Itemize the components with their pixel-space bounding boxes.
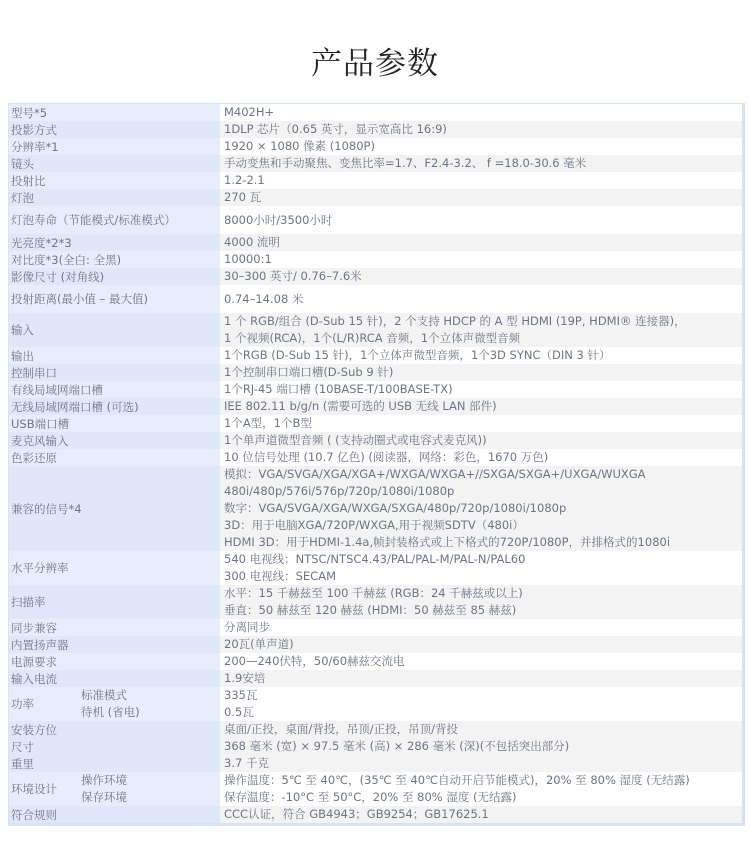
- row-value-cell: 20瓦(单声道): [220, 636, 742, 653]
- table-row: 灯泡270 瓦: [9, 189, 742, 206]
- row-value-cell: 操作温度：5℃ 至 40℃，(35℃ 至 40℃自动开启节能模式)，20% 至 …: [220, 772, 742, 806]
- row-label-cell: 有线局域网端口槽: [9, 381, 220, 398]
- table-row: 尺寸368 毫米 (宽) × 97.5 毫米 (高) × 286 毫米 (深)(…: [9, 738, 742, 755]
- row-value-cell: 4000 流明: [220, 234, 742, 251]
- row-value-cell: 1个RGB (D-Sub 15 针)，1个立体声微型音频，1个3D SYNC（D…: [220, 347, 742, 364]
- table-row: 对比度*3(全白: 全黑)10000:1: [9, 251, 742, 268]
- row-value-cell: IEE 802.11 b/g/n (需要可选的 USB 无线 LAN 部件): [220, 398, 742, 415]
- row-label: 无线局域网端口槽 (可选): [11, 399, 139, 415]
- row-label-cell: 输入电流: [9, 670, 220, 687]
- row-value: CCC认证，符合 GB4943；GB9254；GB17625.1: [224, 806, 742, 823]
- row-value: 1个单声道微型音频 ( (支持动圈式或电容式麦克风)): [224, 432, 742, 449]
- row-label: 型号*5: [11, 105, 47, 121]
- row-label: 有线局域网端口槽: [11, 382, 103, 398]
- row-label-cell: 输出: [9, 347, 220, 364]
- row-label: 扫描率: [11, 594, 46, 610]
- row-value: 0.74–14.08 米: [224, 291, 742, 308]
- row-value-cell: 3.7 千克: [220, 755, 742, 772]
- row-label-cell: 对比度*3(全白: 全黑): [9, 251, 220, 268]
- table-row: 内置扬声器20瓦(单声道): [9, 636, 742, 653]
- row-label: 分辨率*1: [11, 139, 59, 155]
- row-label: 灯泡: [11, 190, 34, 206]
- row-value: 368 毫米 (宽) × 97.5 毫米 (高) × 286 毫米 (深)(不包…: [224, 738, 742, 755]
- row-value: 480i/480p/576i/576p/720p/1080i/1080p: [224, 483, 742, 500]
- row-value: 1个RGB (D-Sub 15 针)，1个立体声微型音频，1个3D SYNC（D…: [224, 347, 742, 364]
- row-value: 200—240伏特，50/60赫兹交流电: [224, 653, 742, 670]
- table-row: 型号*5M402H+: [9, 104, 742, 121]
- row-label-cell: 功率标准模式待机 (省电): [9, 687, 220, 721]
- row-value: 1920 × 1080 像素 (1080P): [224, 138, 742, 155]
- row-label: 功率: [9, 696, 81, 712]
- row-label: 符合规则: [11, 807, 57, 823]
- row-value: 1DLP 芯片（0.65 英寸，显示宽高比 16:9): [224, 121, 742, 138]
- row-value-cell: CCC认证，符合 GB4943；GB9254；GB17625.1: [220, 806, 742, 823]
- table-row: 输入1 个 RGB/组合 (D-Sub 15 针)，2 个支持 HDCP 的 A…: [9, 313, 742, 347]
- row-label: 内置扬声器: [11, 637, 69, 653]
- row-value-cell: 10000:1: [220, 251, 742, 268]
- row-value-cell: 1.2-2.1: [220, 172, 742, 189]
- row-label-cell: 尺寸: [9, 738, 220, 755]
- row-label: 投影方式: [11, 122, 57, 138]
- row-label-cell: 输入: [9, 313, 220, 347]
- row-label-cell: 光亮度*2*3: [9, 234, 220, 251]
- table-row: 重里3.7 千克: [9, 755, 742, 772]
- table-row: 无线局域网端口槽 (可选)IEE 802.11 b/g/n (需要可选的 USB…: [9, 398, 742, 415]
- row-sublabel: 标准模式: [81, 687, 140, 704]
- row-label: 环境设计: [9, 781, 81, 797]
- row-label-cell: 内置扬声器: [9, 636, 220, 653]
- row-label: 影像尺寸 (对角线): [11, 269, 104, 285]
- table-row: 环境设计操作环境保存环境操作温度：5℃ 至 40℃，(35℃ 至 40℃自动开启…: [9, 772, 742, 806]
- row-sublabel: 保存环境: [81, 789, 127, 806]
- table-row: 安装方位桌面/正投，桌面/背投，吊顶/正投，吊顶/背投: [9, 721, 742, 738]
- row-label: 输出: [11, 348, 34, 364]
- row-sublabel: 待机 (省电): [81, 704, 140, 721]
- row-value: 1 个 RGB/组合 (D-Sub 15 针)，2 个支持 HDCP 的 A 型…: [224, 313, 742, 330]
- row-value: 1.2-2.1: [224, 172, 742, 189]
- row-value: 操作温度：5℃ 至 40℃，(35℃ 至 40℃自动开启节能模式)，20% 至 …: [224, 772, 742, 789]
- row-value: 3.7 千克: [224, 755, 742, 772]
- table-row: 功率标准模式待机 (省电)335瓦0.5瓦: [9, 687, 742, 721]
- table-row: 输出1个RGB (D-Sub 15 针)，1个立体声微型音频，1个3D SYNC…: [9, 347, 742, 364]
- table-row: 同步兼容分离同步: [9, 619, 742, 636]
- row-label-cell: 投射距离(最小值 – 最大值): [9, 285, 220, 313]
- row-value: 水平：15 千赫兹至 100 千赫兹 (RGB：24 千赫兹或以上): [224, 585, 742, 602]
- table-row: 麦克风输入1个单声道微型音频 ( (支持动圈式或电容式麦克风)): [9, 432, 742, 449]
- row-label: 控制串口: [11, 365, 57, 381]
- table-row: 符合规则CCC认证，符合 GB4943；GB9254；GB17625.1: [9, 806, 742, 823]
- row-label: 同步兼容: [11, 620, 57, 636]
- row-label-cell: 型号*5: [9, 104, 220, 121]
- table-row: 投射距离(最小值 – 最大值)0.74–14.08 米: [9, 285, 742, 313]
- row-value-cell: 分离同步: [220, 619, 742, 636]
- row-label-cell: 同步兼容: [9, 619, 220, 636]
- table-row: 控制串口1个控制串口端口槽(D-Sub 9 针): [9, 364, 742, 381]
- row-value-cell: 1个RJ-45 端口槽 (10BASE-T/100BASE-TX): [220, 381, 742, 398]
- row-label-cell: 水平分辨率: [9, 551, 220, 585]
- page-title: 产品参数: [0, 38, 750, 83]
- row-label-cell: 投射比: [9, 172, 220, 189]
- row-label-cell: 麦克风输入: [9, 432, 220, 449]
- row-value: 30–300 英寸/ 0.76–7.6米: [224, 268, 742, 285]
- row-value-cell: 368 毫米 (宽) × 97.5 毫米 (高) × 286 毫米 (深)(不包…: [220, 738, 742, 755]
- row-label: 输入: [11, 322, 34, 338]
- row-label: 色彩还原: [11, 450, 57, 466]
- row-value: 1 个视频(RCA)，1个(L/R)RCA 音频，1个立体声微型音频: [224, 330, 742, 347]
- row-label-cell: 影像尺寸 (对角线): [9, 268, 220, 285]
- row-label-cell: 灯泡: [9, 189, 220, 206]
- row-label-cell: 镜头: [9, 155, 220, 172]
- row-label: 水平分辨率: [11, 560, 69, 576]
- row-value: 4000 流明: [224, 234, 742, 251]
- spec-table: 型号*5M402H+投影方式1DLP 芯片（0.65 英寸，显示宽高比 16:9…: [8, 103, 745, 826]
- table-row: 灯泡寿命（节能模式/标准模式）8000小时/3500小时: [9, 206, 742, 234]
- row-value-cell: 0.74–14.08 米: [220, 285, 742, 313]
- row-value-cell: 1个A型，1个B型: [220, 415, 742, 432]
- table-row: 电源要求200—240伏特，50/60赫兹交流电: [9, 653, 742, 670]
- row-value: 10000:1: [224, 251, 742, 268]
- row-label-cell: USB端口槽: [9, 415, 220, 432]
- row-label: 投射距离(最小值 – 最大值): [11, 291, 148, 307]
- row-label-cell: 无线局域网端口槽 (可选): [9, 398, 220, 415]
- row-value-cell: 1 个 RGB/组合 (D-Sub 15 针)，2 个支持 HDCP 的 A 型…: [220, 313, 742, 347]
- row-label: 灯泡寿命（节能模式/标准模式）: [11, 212, 176, 228]
- row-label: 镜头: [11, 156, 34, 172]
- row-value-cell: 30–300 英寸/ 0.76–7.6米: [220, 268, 742, 285]
- table-row: 影像尺寸 (对角线)30–300 英寸/ 0.76–7.6米: [9, 268, 742, 285]
- row-value: 1个A型，1个B型: [224, 415, 742, 432]
- row-label: 兼容的信号*4: [11, 501, 82, 517]
- row-value: 300 电视线：SECAM: [224, 568, 742, 585]
- table-row: 光亮度*2*34000 流明: [9, 234, 742, 251]
- row-label-cell: 环境设计操作环境保存环境: [9, 772, 220, 806]
- row-value: 270 瓦: [224, 189, 742, 206]
- row-label: 投射比: [11, 173, 46, 189]
- row-value-cell: 335瓦0.5瓦: [220, 687, 742, 721]
- row-label-cell: 电源要求: [9, 653, 220, 670]
- row-value-cell: 1个单声道微型音频 ( (支持动圈式或电容式麦克风)): [220, 432, 742, 449]
- row-value: 桌面/正投，桌面/背投，吊顶/正投，吊顶/背投: [224, 721, 742, 738]
- row-value-cell: 1DLP 芯片（0.65 英寸，显示宽高比 16:9): [220, 121, 742, 138]
- row-value: 540 电视线：NTSC/NTSC4.43/PAL/PAL-M/PAL-N/PA…: [224, 551, 742, 568]
- row-value-cell: 模拟：VGA/SVGA/XGA/XGA+/WXGA/WXGA+//SXGA/SX…: [220, 466, 742, 551]
- row-value-cell: 270 瓦: [220, 189, 742, 206]
- row-value-cell: 1.9安培: [220, 670, 742, 687]
- row-value: 1个RJ-45 端口槽 (10BASE-T/100BASE-TX): [224, 381, 742, 398]
- row-sublabel: 操作环境: [81, 772, 127, 789]
- table-row: 镜头手动变焦和手动聚焦、变焦比率=1.7、F2.4-3.2、 f =18.0-3…: [9, 155, 742, 172]
- row-value: 8000小时/3500小时: [224, 212, 742, 229]
- row-label: 输入电流: [11, 671, 57, 687]
- row-label-cell: 分辨率*1: [9, 138, 220, 155]
- row-value: 0.5瓦: [224, 704, 742, 721]
- table-row: 输入电流1.9安培: [9, 670, 742, 687]
- row-label-cell: 控制串口: [9, 364, 220, 381]
- row-value-cell: 8000小时/3500小时: [220, 206, 742, 234]
- row-value-cell: 10 位信号处理 (10.7 亿色) (阅读器，网络：彩色，1670 万色): [220, 449, 742, 466]
- row-value: 模拟：VGA/SVGA/XGA/XGA+/WXGA/WXGA+//SXGA/SX…: [224, 466, 742, 483]
- row-value: 手动变焦和手动聚焦、变焦比率=1.7、F2.4-3.2、 f =18.0-30.…: [224, 155, 742, 172]
- row-label: 电源要求: [11, 654, 57, 670]
- row-label-cell: 兼容的信号*4: [9, 466, 220, 551]
- row-value: 3D：用于电脑XGA/720P/WXGA,用于视频SDTV（480i）: [224, 517, 742, 534]
- table-row: 水平分辨率540 电视线：NTSC/NTSC4.43/PAL/PAL-M/PAL…: [9, 551, 742, 585]
- row-value-cell: 1920 × 1080 像素 (1080P): [220, 138, 742, 155]
- table-row: 有线局域网端口槽1个RJ-45 端口槽 (10BASE-T/100BASE-TX…: [9, 381, 742, 398]
- row-label-cell: 投影方式: [9, 121, 220, 138]
- row-label: 光亮度*2*3: [11, 235, 72, 251]
- row-value: HDMI 3D：用于HDMI-1.4a,帧封装格式或上下格式的720P/1080…: [224, 534, 742, 551]
- row-label-cell: 安装方位: [9, 721, 220, 738]
- row-value: 20瓦(单声道): [224, 636, 742, 653]
- row-value: 1个控制串口端口槽(D-Sub 9 针): [224, 364, 742, 381]
- row-label-cell: 灯泡寿命（节能模式/标准模式）: [9, 206, 220, 234]
- row-value: 垂直：50 赫兹至 120 赫兹 (HDMI：50 赫兹至 85 赫兹): [224, 602, 742, 619]
- row-value: 10 位信号处理 (10.7 亿色) (阅读器，网络：彩色，1670 万色): [224, 449, 742, 466]
- row-value-cell: M402H+: [220, 104, 742, 121]
- row-label: USB端口槽: [11, 416, 69, 432]
- row-value-cell: 水平：15 千赫兹至 100 千赫兹 (RGB：24 千赫兹或以上)垂直：50 …: [220, 585, 742, 619]
- table-row: 投射比1.2-2.1: [9, 172, 742, 189]
- row-value: 1.9安培: [224, 670, 742, 687]
- row-value-cell: 1个控制串口端口槽(D-Sub 9 针): [220, 364, 742, 381]
- row-label-cell: 重里: [9, 755, 220, 772]
- table-row: 投影方式1DLP 芯片（0.65 英寸，显示宽高比 16:9): [9, 121, 742, 138]
- row-label: 重里: [11, 756, 34, 772]
- row-value: 335瓦: [224, 687, 742, 704]
- row-value: 分离同步: [224, 619, 742, 636]
- row-label: 对比度*3(全白: 全黑): [11, 252, 121, 268]
- row-value: 保存温度：-10°C 至 50°C，20% 至 80% 湿度 (无结露): [224, 789, 742, 806]
- row-label-cell: 色彩还原: [9, 449, 220, 466]
- table-row: 兼容的信号*4模拟：VGA/SVGA/XGA/XGA+/WXGA/WXGA+//…: [9, 466, 742, 551]
- row-value-cell: 桌面/正投，桌面/背投，吊顶/正投，吊顶/背投: [220, 721, 742, 738]
- row-value: 数字：VGA/SVGA/XGA/WXGA/SXGA/480p/720p/1080…: [224, 500, 742, 517]
- row-label-cell: 扫描率: [9, 585, 220, 619]
- row-label: 麦克风输入: [11, 433, 69, 449]
- row-label: 尺寸: [11, 739, 34, 755]
- row-value-cell: 200—240伏特，50/60赫兹交流电: [220, 653, 742, 670]
- row-value-cell: 手动变焦和手动聚焦、变焦比率=1.7、F2.4-3.2、 f =18.0-30.…: [220, 155, 742, 172]
- row-value: M402H+: [224, 104, 742, 121]
- row-label: 安装方位: [11, 722, 57, 738]
- table-row: 色彩还原10 位信号处理 (10.7 亿色) (阅读器，网络：彩色，1670 万…: [9, 449, 742, 466]
- row-value: IEE 802.11 b/g/n (需要可选的 USB 无线 LAN 部件): [224, 398, 742, 415]
- table-row: USB端口槽1个A型，1个B型: [9, 415, 742, 432]
- row-label-cell: 符合规则: [9, 806, 220, 823]
- table-row: 分辨率*11920 × 1080 像素 (1080P): [9, 138, 742, 155]
- table-row: 扫描率水平：15 千赫兹至 100 千赫兹 (RGB：24 千赫兹或以上)垂直：…: [9, 585, 742, 619]
- row-value-cell: 540 电视线：NTSC/NTSC4.43/PAL/PAL-M/PAL-N/PA…: [220, 551, 742, 585]
